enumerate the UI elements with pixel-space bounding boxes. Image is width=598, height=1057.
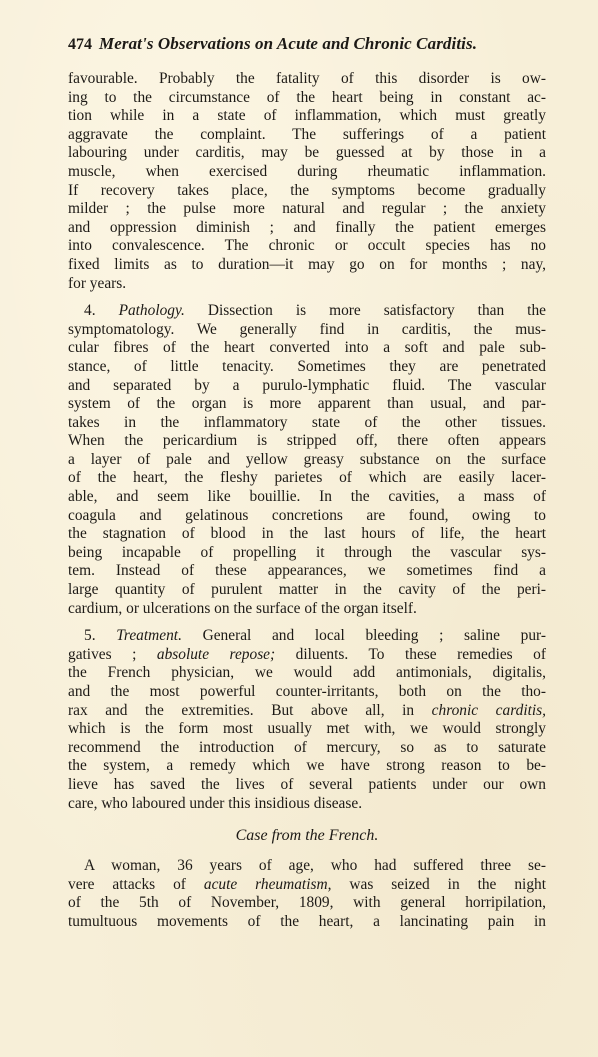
text-line: vere attacks of acute rheumatism, was se… xyxy=(68,876,546,895)
italic-phrase: chronic carditis, xyxy=(432,702,546,719)
text-line: tumultuous movements of the heart, a lan… xyxy=(68,913,546,932)
text-line: of the 5th of November, 1809, with gener… xyxy=(68,894,546,913)
text-line: cardium, or ulcerations on the surface o… xyxy=(68,600,546,619)
running-head: 474 Merat's Observations on Acute and Ch… xyxy=(68,34,546,60)
text-line: symptomatology. We generally find in car… xyxy=(68,321,546,340)
page-number: 474 xyxy=(68,36,92,54)
text-line: and separated by a purulo-lymphatic flui… xyxy=(68,377,546,396)
text-line: A woman, 36 years of age, who had suffer… xyxy=(68,857,546,876)
text-line: system of the organ is more apparent tha… xyxy=(68,395,546,414)
section-heading-pathology: Pathology. xyxy=(119,302,185,319)
running-title: Merat's Observations on Acute and Chroni… xyxy=(99,34,477,54)
text-line: When the pericardium is stripped off, th… xyxy=(68,432,546,451)
text-line: for years. xyxy=(68,275,546,294)
text-line: which is the form most usually met with,… xyxy=(68,720,546,739)
text-line: able, and seem like bouillie. In the cav… xyxy=(68,488,546,507)
text-fragment: General and local bleeding ; saline pur- xyxy=(203,627,546,644)
text-line: the system, a remedy which we have stron… xyxy=(68,757,546,776)
section-heading-treatment: Treatment. xyxy=(116,627,182,644)
text-line: and oppression diminish ; and finally th… xyxy=(68,219,546,238)
text-line: the French physician, we would add antim… xyxy=(68,664,546,683)
italic-phrase: absolute repose; xyxy=(157,646,275,663)
paragraph-pathology: 4. Pathology. Dissection is more satisfa… xyxy=(68,302,546,618)
text-line: takes in the inflammatory state of the o… xyxy=(68,414,546,433)
text-line: gatives ; absolute repose; diluents. To … xyxy=(68,646,546,665)
text-line: tem. Instead of these appearances, we so… xyxy=(68,562,546,581)
text-line: 5. Treatment. General and local bleeding… xyxy=(68,627,546,646)
text-fragment: vere attacks of xyxy=(68,876,204,893)
text-line: labouring under carditis, may be guessed… xyxy=(68,144,546,163)
text-line: the stagnation of blood in the last hour… xyxy=(68,525,546,544)
case-section-heading: Case from the French. xyxy=(68,827,546,847)
text-line: If recovery takes place, the symptoms be… xyxy=(68,182,546,201)
section-number: 5. xyxy=(84,627,96,644)
text-line: ing to the circumstance of the heart bei… xyxy=(68,89,546,108)
body-text: favourable. Probably the fatality of thi… xyxy=(68,70,546,932)
paragraph-gap xyxy=(68,618,546,627)
text-line: favourable. Probably the fatality of thi… xyxy=(68,70,546,89)
text-line: recommend the introduction of mercury, s… xyxy=(68,739,546,758)
text-line: care, who laboured under this insidious … xyxy=(68,795,546,814)
book-page: 474 Merat's Observations on Acute and Ch… xyxy=(68,34,546,932)
text-line: a layer of pale and yellow greasy substa… xyxy=(68,451,546,470)
text-fragment: rax and the extremities. But above all, … xyxy=(68,702,432,719)
text-line: aggravate the complaint. The sufferings … xyxy=(68,126,546,145)
text-line: fixed limits as to duration—it may go on… xyxy=(68,256,546,275)
paragraph-symptoms-continued: favourable. Probably the fatality of thi… xyxy=(68,70,546,293)
text-line: lieve has saved the lives of several pat… xyxy=(68,776,546,795)
text-line: of the heart, the fleshy parietes of whi… xyxy=(68,469,546,488)
italic-phrase: acute rheumatism, xyxy=(204,876,332,893)
section-number: 4. xyxy=(84,302,96,319)
paragraph-treatment: 5. Treatment. General and local bleeding… xyxy=(68,627,546,813)
text-line: muscle, when exercised during rheumatic … xyxy=(68,163,546,182)
text-fragment: gatives ; xyxy=(68,646,157,663)
paragraph-gap xyxy=(68,293,546,302)
text-line: milder ; the pulse more natural and regu… xyxy=(68,200,546,219)
text-line: tion while in a state of inflammation, w… xyxy=(68,107,546,126)
text-line: 4. Pathology. Dissection is more satisfa… xyxy=(68,302,546,321)
text-line: rax and the extremities. But above all, … xyxy=(68,702,546,721)
text-line: coagula and gelatinous concretions are f… xyxy=(68,507,546,526)
text-fragment: Dissection is more satisfactory than the xyxy=(208,302,546,319)
text-line: large quantity of purulent matter in the… xyxy=(68,581,546,600)
text-fragment: was seized in the night xyxy=(331,876,546,893)
text-line: and the most powerful counter-irritants,… xyxy=(68,683,546,702)
paragraph-case: A woman, 36 years of age, who had suffer… xyxy=(68,857,546,931)
text-line: into convalescence. The chronic or occul… xyxy=(68,237,546,256)
text-fragment: diluents. To these remedies of xyxy=(275,646,546,663)
text-line: cular fibres of the heart converted into… xyxy=(68,339,546,358)
text-line: being incapable of propelling it through… xyxy=(68,544,546,563)
text-line: stance, of little tenacity. Sometimes th… xyxy=(68,358,546,377)
